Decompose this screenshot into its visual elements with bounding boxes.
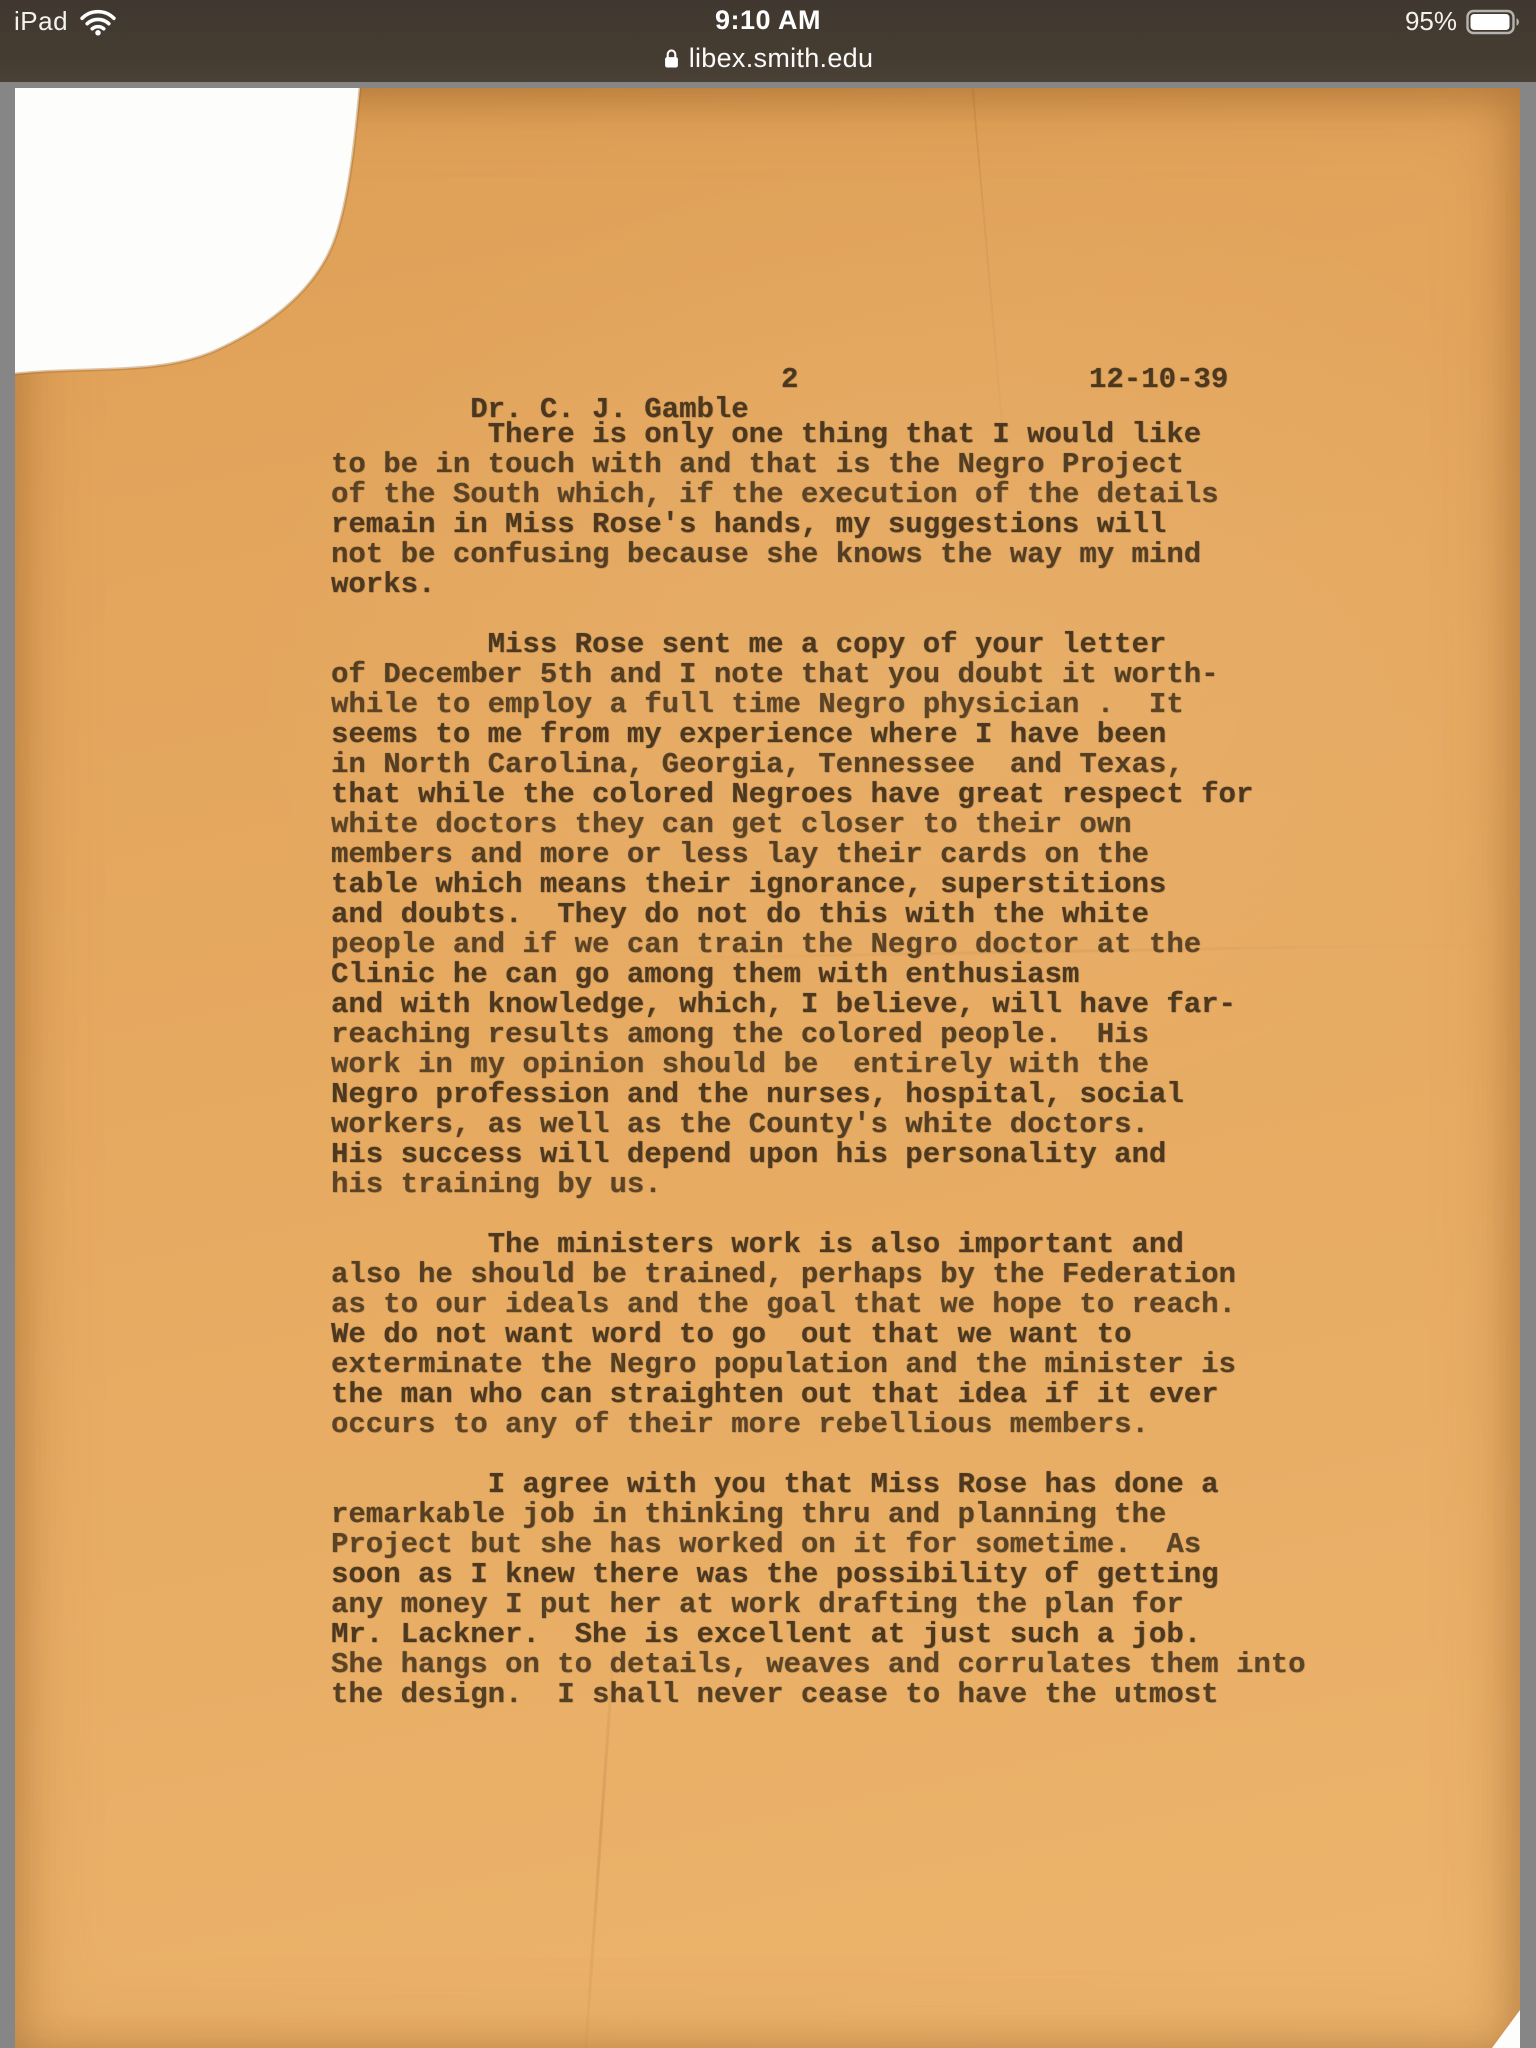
letter-line: She hangs on to details, weaves and corr… <box>331 1650 1441 1680</box>
letter-line: his training by us. <box>331 1170 1441 1200</box>
letter-line: soon as I knew there was the possibility… <box>331 1560 1441 1590</box>
letter-page-number: 2 <box>781 365 798 395</box>
letter-line: Negro profession and the nurses, hospita… <box>331 1080 1441 1110</box>
letter-line: I agree with you that Miss Rose has done… <box>331 1470 1441 1500</box>
letter-line: of December 5th and I note that you doub… <box>331 660 1441 690</box>
letter-line: Mr. Lackner. She is excellent at just su… <box>331 1620 1441 1650</box>
letter-line: and with knowledge, which, I believe, wi… <box>331 990 1441 1020</box>
letter-line: reaching results among the colored peopl… <box>331 1020 1441 1050</box>
letter-line: not be confusing because she knows the w… <box>331 540 1441 570</box>
letter-line: table which means their ignorance, super… <box>331 870 1441 900</box>
letter-line: exterminate the Negro population and the… <box>331 1350 1441 1380</box>
letter-line: and doubts. They do not do this with the… <box>331 900 1441 930</box>
letter-paragraph: I agree with you that Miss Rose has done… <box>331 1470 1441 1710</box>
letter-line: in North Carolina, Georgia, Tennessee an… <box>331 750 1441 780</box>
status-bar: iPad 9:10 AM libex.smith.edu 95% <box>0 0 1536 82</box>
letter-line: white doctors they can get closer to the… <box>331 810 1441 840</box>
letter-line: any money I put her at work drafting the… <box>331 1590 1441 1620</box>
letter-line: His success will depend upon his persona… <box>331 1140 1441 1170</box>
scanned-letter[interactable]: Dr. C. J. Gamble 2 12-10-39 There is onl… <box>15 88 1520 2048</box>
letter-line: workers, as well as the County's white d… <box>331 1110 1441 1140</box>
battery-icon <box>1466 9 1522 35</box>
letter-line: works. <box>331 570 1441 600</box>
letter-line: while to employ a full time Negro physic… <box>331 690 1441 720</box>
status-bar-center: 9:10 AM libex.smith.edu <box>0 0 1536 74</box>
letter-line: the man who can straighten out that idea… <box>331 1380 1441 1410</box>
letter-line: Clinic he can go among them with enthusi… <box>331 960 1441 990</box>
webpage-background: Dr. C. J. Gamble 2 12-10-39 There is onl… <box>0 82 1536 2048</box>
url-text: libex.smith.edu <box>689 43 874 74</box>
letter-line: We do not want word to go out that we wa… <box>331 1320 1441 1350</box>
letter-line: the design. I shall never cease to have … <box>331 1680 1441 1710</box>
clock: 9:10 AM <box>0 5 1536 36</box>
battery-percent: 95% <box>1405 6 1457 37</box>
letter-paragraph: There is only one thing that I would lik… <box>331 420 1441 600</box>
letter-line: work in my opinion should be entirely wi… <box>331 1050 1441 1080</box>
letter-line: The ministers work is also important and <box>331 1230 1441 1260</box>
letter-line: occurs to any of their more rebellious m… <box>331 1410 1441 1440</box>
letter-line: remarkable job in thinking thru and plan… <box>331 1500 1441 1530</box>
status-bar-right: 95% <box>1405 6 1522 37</box>
letter-line: Miss Rose sent me a copy of your letter <box>331 630 1441 660</box>
letter-line: as to our ideals and the goal that we ho… <box>331 1290 1441 1320</box>
bottom-right-notch <box>1492 2010 1520 2048</box>
letter-recipient: Dr. C. J. Gamble <box>470 393 748 426</box>
letter-line: members and more or less lay their cards… <box>331 840 1441 870</box>
torn-corner <box>15 88 385 398</box>
lock-icon <box>663 47 680 70</box>
letter-line: remain in Miss Rose's hands, my suggesti… <box>331 510 1441 540</box>
letter-line: people and if we can train the Negro doc… <box>331 930 1441 960</box>
letter-header: Dr. C. J. Gamble 2 12-10-39 <box>331 365 1441 395</box>
letter-paragraph: The ministers work is also important and… <box>331 1230 1441 1440</box>
letter-body: Dr. C. J. Gamble 2 12-10-39 There is onl… <box>331 365 1441 1740</box>
letter-line: seems to me from my experience where I h… <box>331 720 1441 750</box>
url-bar[interactable]: libex.smith.edu <box>0 43 1536 74</box>
letter-line: of the South which, if the execution of … <box>331 480 1441 510</box>
letter-paragraph: Miss Rose sent me a copy of your lettero… <box>331 630 1441 1200</box>
screen: { "status_bar": { "device": "iPad", "tim… <box>0 0 1536 2048</box>
letter-line: also he should be trained, perhaps by th… <box>331 1260 1441 1290</box>
letter-date: 12-10-39 <box>1089 365 1228 395</box>
letter-line: to be in touch with and that is the Negr… <box>331 450 1441 480</box>
letter-line: Project but she has worked on it for som… <box>331 1530 1441 1560</box>
letter-line: that while the colored Negroes have grea… <box>331 780 1441 810</box>
